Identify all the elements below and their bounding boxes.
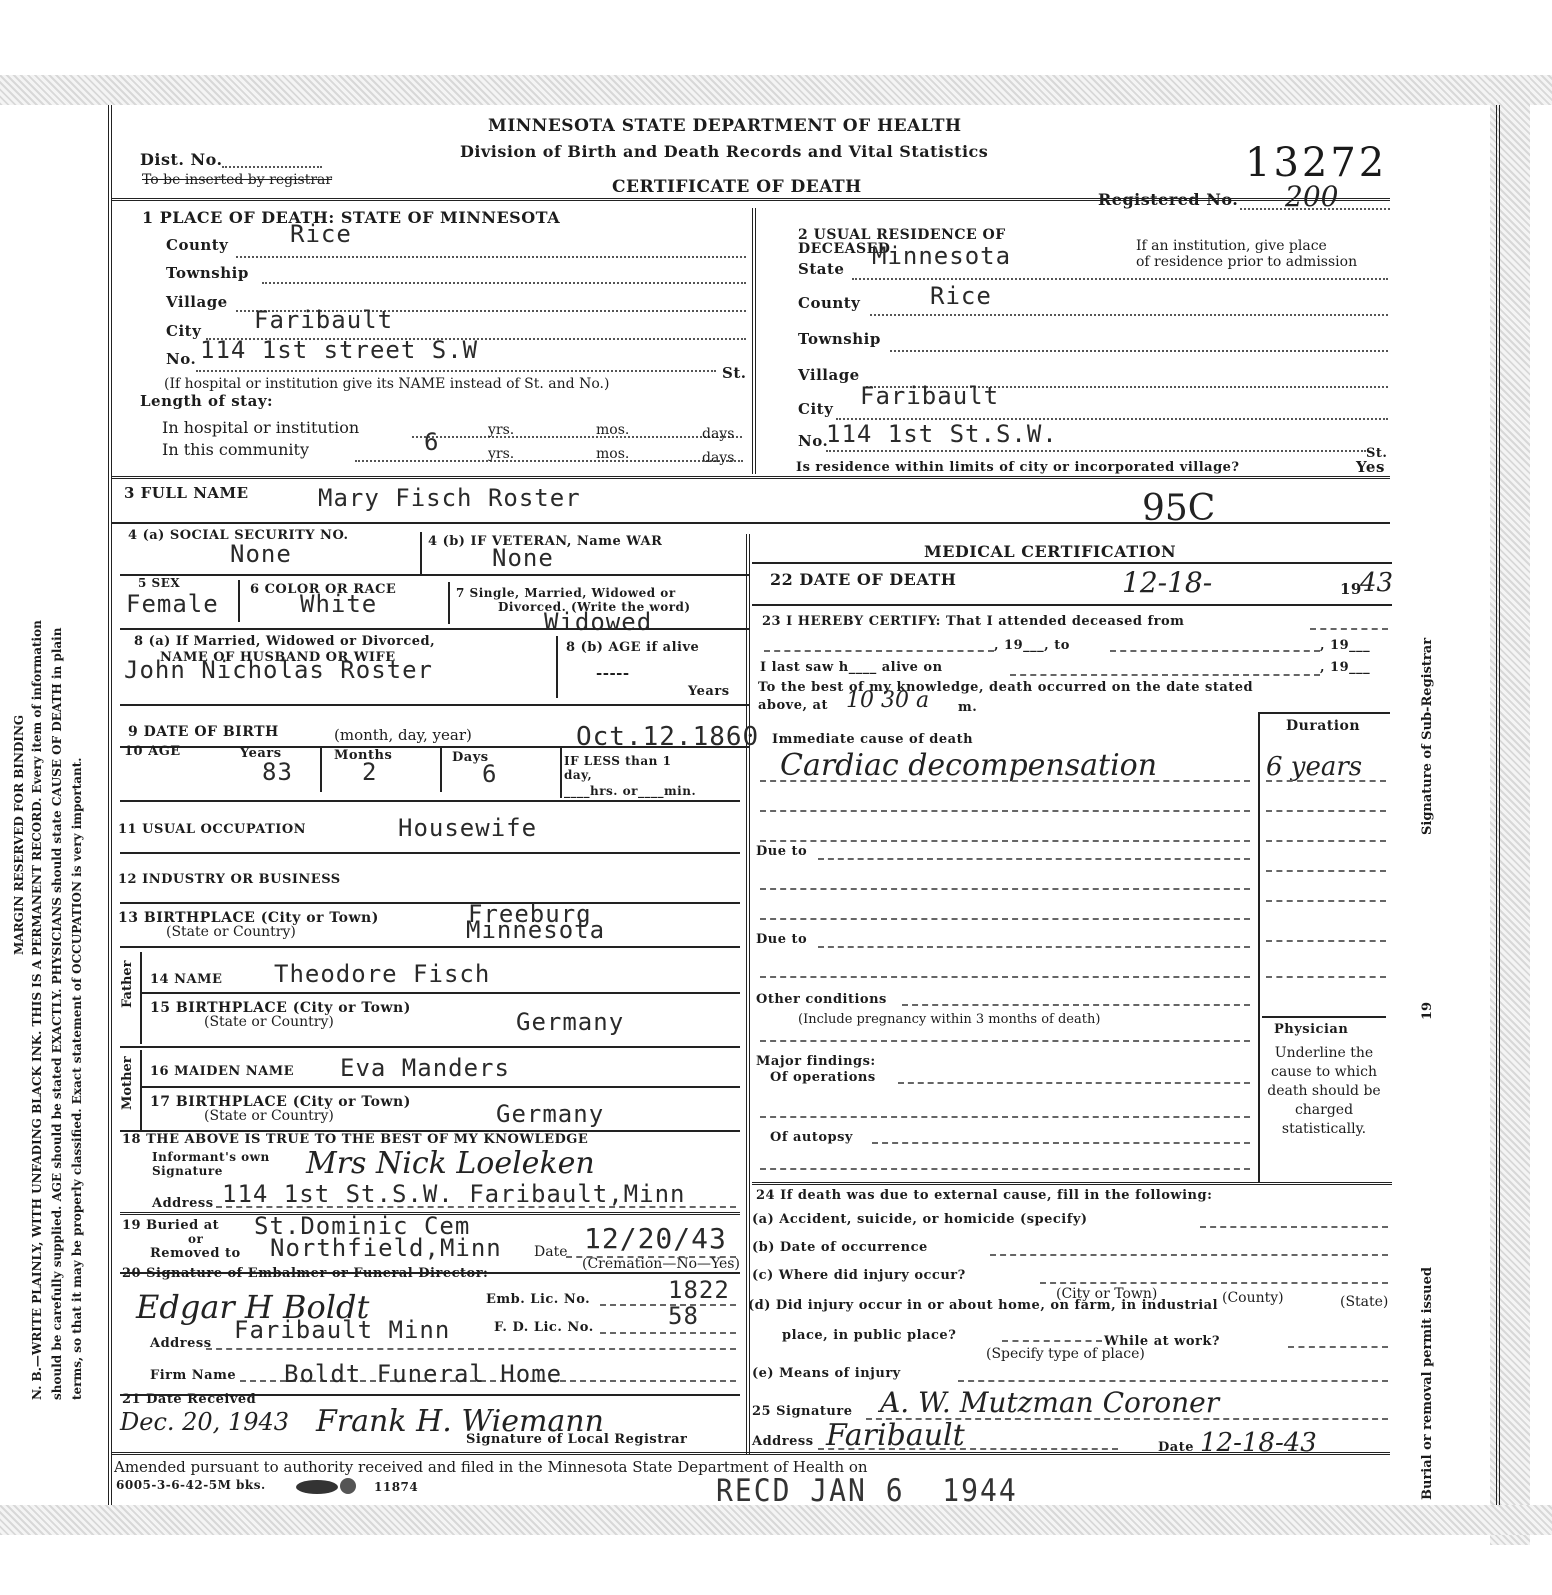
cause-line-1 — [760, 780, 1250, 782]
scan-bottom-edge — [0, 1505, 1552, 1535]
hospital-stay-label: In hospital or institution — [162, 418, 359, 437]
res-no-line — [826, 450, 1366, 452]
pod-county-line — [236, 256, 746, 258]
community-yrs-label: yrs. — [488, 446, 514, 462]
occupation-divider — [120, 852, 740, 854]
age-months-divider — [440, 748, 442, 792]
certify-line-1: 23 I HEREBY CERTIFY: That I attended dec… — [762, 614, 1184, 629]
spouse-label-1: 8 (a) If Married, Widowed or Divorced, — [134, 634, 435, 649]
external-d-label-1: (d) Did injury occur in or about home, o… — [748, 1298, 1218, 1313]
sub-registrar-signature-label: Signature of Sub-Registrar — [1420, 638, 1435, 835]
duration-label: Duration — [1286, 718, 1360, 734]
header-divider — [112, 198, 1390, 201]
scan-top-edge — [0, 75, 1552, 105]
external-e-field[interactable] — [958, 1380, 1388, 1382]
full-name-value[interactable]: Mary Fisch Roster — [318, 484, 581, 512]
less-than-day-3[interactable]: ____hrs. or____min. — [564, 784, 696, 798]
duration-column-divider — [1258, 712, 1260, 1182]
occupation-value[interactable]: Housewife — [398, 814, 537, 842]
dod-divider — [752, 604, 1392, 606]
father-bracket — [140, 952, 142, 1044]
of-autopsy-label: Of autopsy — [770, 1130, 853, 1145]
res-state-value[interactable]: Minnesota — [872, 242, 1011, 270]
dob-hint: (month, day, year) — [334, 726, 472, 744]
res-state-line — [852, 278, 1388, 280]
registrar-label: Signature of Local Registrar — [466, 1432, 687, 1447]
pod-hospital-note: (If hospital or institution give its NAM… — [164, 376, 609, 392]
burial-permit-label: Burial or removal permit issued — [1420, 1267, 1435, 1500]
dod-year-prefix: 19 — [1340, 580, 1362, 598]
duration-top-line — [1260, 712, 1390, 714]
age-years-value[interactable]: 83 — [262, 758, 293, 786]
mother-name-divider — [140, 1086, 740, 1088]
industry-divider — [120, 902, 740, 904]
sex-divider — [238, 580, 240, 622]
ssn-row-divider — [120, 574, 750, 576]
less-than-day-2: day, — [564, 768, 592, 782]
medical-certification-heading: MEDICAL CERTIFICATION — [924, 542, 1176, 561]
dist-no-note: To be inserted by registrar — [142, 172, 332, 188]
veteran-value[interactable]: None — [492, 544, 554, 572]
external-b-label: (b) Date of occurrence — [752, 1240, 928, 1255]
mother-side-label: Mother — [120, 1056, 135, 1110]
due-to-label-1: Due to — [756, 844, 807, 859]
full-name-divider — [112, 522, 1390, 524]
length-of-stay-label: Length of stay: — [140, 392, 273, 410]
buried-label: 19 Buried at — [122, 1218, 219, 1233]
due-to-label-2: Due to — [756, 932, 807, 947]
community-stay-label: In this community — [162, 440, 309, 459]
cremation-note: (Cremation—No—Yes) — [582, 1256, 740, 1272]
duration-line-5[interactable] — [1266, 900, 1386, 902]
certify-line-2-end: , 19___ — [1320, 638, 1370, 653]
father-name-divider — [140, 992, 740, 994]
cause-line-3[interactable] — [760, 840, 1250, 842]
res-township-field[interactable] — [890, 350, 1388, 352]
external-d-place-field[interactable] — [1002, 1340, 1102, 1342]
registered-no-field — [1240, 208, 1390, 210]
physician-date-value[interactable]: 12-18-43 — [1200, 1428, 1317, 1458]
medical-heading-divider — [752, 562, 1392, 564]
hospital-stay-field[interactable] — [412, 436, 742, 438]
margin-year: 19 — [1420, 1002, 1435, 1020]
sex-row-divider — [120, 628, 750, 630]
res-city-label: City — [798, 400, 833, 418]
external-a-label: (a) Accident, suicide, or homicide (spec… — [752, 1212, 1088, 1227]
mother-name-label: 16 MAIDEN NAME — [150, 1064, 294, 1079]
duration-line-1 — [1266, 780, 1386, 782]
spouse-row-divider — [120, 704, 750, 706]
attended-from-field-2[interactable] — [764, 650, 994, 652]
due-to-line-5[interactable] — [760, 976, 1250, 978]
community-days-label: days — [702, 450, 734, 466]
informant-address-value[interactable]: 114 1st St.S.W. Faribault,Minn — [222, 1180, 685, 1208]
duration-line-2[interactable] — [1266, 810, 1386, 812]
left-right-column-divider — [746, 534, 750, 1454]
pod-city-value[interactable]: Faribault — [254, 306, 393, 334]
burial-date-label: Date — [534, 1244, 567, 1260]
res-village-label: Village — [798, 366, 860, 384]
res-limits-value[interactable]: Yes — [1356, 458, 1385, 476]
date-received-value[interactable]: Dec. 20, 1943 — [120, 1408, 289, 1436]
external-d-hint: (Specify type of place) — [986, 1346, 1145, 1362]
external-c-hint-county: (County) — [1222, 1290, 1284, 1306]
firm-value[interactable]: Boldt Funeral Home — [284, 1360, 562, 1388]
last-saw-field[interactable] — [1010, 674, 1320, 676]
dist-no-field[interactable] — [222, 166, 322, 168]
father-birthplace-label-2: (State or Country) — [204, 1014, 334, 1030]
major-findings-label: Major findings: — [756, 1054, 876, 1069]
emb-lic-value[interactable]: 1822 — [668, 1276, 730, 1304]
informant-signature-label-1: Informant's own — [152, 1150, 270, 1164]
race-divider — [448, 582, 450, 624]
birthplace-divider — [120, 946, 740, 948]
removed-label: Removed to — [150, 1246, 241, 1261]
duration-line-3[interactable] — [1266, 840, 1386, 842]
section-1-2-divider — [752, 208, 756, 474]
due-to-line-1[interactable] — [818, 858, 1250, 860]
res-city-value[interactable]: Faribault — [860, 382, 999, 410]
spouse-divider — [556, 636, 558, 698]
birthplace-state-value[interactable]: Minnesota — [466, 916, 605, 944]
birthplace-label-2: (State or Country) — [166, 924, 296, 940]
institution-note-2: of residence prior to admission — [1136, 254, 1357, 270]
pod-street-value[interactable]: 114 1st street S.W — [200, 336, 478, 364]
external-cause-heading: 24 If death was due to external cause, f… — [756, 1188, 1212, 1203]
date-received-label: 21 Date Received — [122, 1392, 256, 1407]
dod-value[interactable]: 12-18- — [1122, 566, 1212, 599]
medical-external-divider — [752, 1182, 1392, 1185]
res-county-value[interactable]: Rice — [930, 282, 992, 310]
res-no-label: No. — [798, 432, 828, 450]
mother-birthplace-label-2: (State or Country) — [204, 1108, 334, 1124]
physician-address-label: Address — [752, 1434, 814, 1449]
pod-county-value[interactable]: Rice — [290, 220, 352, 248]
other-conditions-field[interactable] — [902, 1004, 1250, 1006]
physician-signature-label: 25 Signature — [752, 1404, 853, 1419]
age-divider — [120, 800, 740, 802]
immediate-cause-value[interactable]: Cardiac decompensation — [780, 748, 1157, 783]
dist-no-label: Dist. No. — [140, 150, 223, 169]
pod-township-label: Township — [166, 264, 249, 282]
age-years-divider — [320, 748, 322, 792]
best-knowledge-label: To the best of my knowledge, death occur… — [758, 680, 1253, 695]
pod-no-line — [196, 370, 716, 372]
mother-bracket — [140, 1050, 142, 1130]
father-name-value[interactable]: Theodore Fisch — [274, 960, 490, 988]
of-autopsy-field[interactable] — [872, 1142, 1250, 1144]
spouse-years-label: Years — [688, 684, 730, 699]
res-state-label: State — [798, 260, 844, 278]
physician-date-label: Date — [1158, 1440, 1194, 1455]
or-label: or — [188, 1232, 203, 1246]
funeral-heading: 20 Signature of Embalmer or Funeral Dire… — [122, 1266, 488, 1281]
dod-label: 22 DATE OF DEATH — [770, 570, 956, 589]
burial-date-value[interactable]: 12/20/43 — [584, 1222, 727, 1255]
funeral-address-label: Address — [150, 1336, 212, 1351]
physician-note: Underline the cause to which death shoul… — [1262, 1044, 1386, 1139]
duration-line-6[interactable] — [1266, 940, 1386, 942]
duration-value[interactable]: 6 years — [1266, 752, 1362, 782]
duration-separator — [1262, 1016, 1386, 1018]
external-b-field[interactable] — [990, 1254, 1388, 1256]
cause-line-2[interactable] — [760, 810, 1250, 812]
above-at-label: above, at — [758, 698, 828, 713]
less-than-day-1: IF LESS than 1 — [564, 754, 671, 768]
time-suffix: m. — [958, 700, 977, 715]
pod-township-field[interactable] — [262, 282, 746, 284]
margin-binding-note: MARGIN RESERVED FOR BINDING — [12, 715, 26, 955]
hospital-days-label: days — [702, 426, 734, 442]
pod-village-label: Village — [166, 293, 228, 311]
industry-label: 12 INDUSTRY OR BUSINESS — [118, 872, 341, 887]
hospital-mos-label: mos. — [596, 422, 629, 438]
sex-value[interactable]: Female — [126, 590, 219, 618]
time-of-death-value[interactable]: 10 30 a — [846, 688, 929, 713]
pod-no-label: No. — [166, 350, 196, 368]
other-conditions-label: Other conditions — [756, 992, 887, 1007]
age-days-divider — [560, 748, 562, 798]
res-street-value[interactable]: 114 1st St.S.W. — [826, 420, 1058, 448]
age-months-value[interactable]: 2 — [362, 758, 377, 786]
sex-label: 5 SEX — [138, 576, 180, 590]
father-side-label: Father — [120, 960, 135, 1008]
fd-lic-label: F. D. Lic. No. — [494, 1320, 594, 1335]
marital-value[interactable]: Widowed — [544, 608, 652, 636]
age-label: 10 AGE — [124, 744, 181, 759]
pod-county-label: County — [166, 236, 228, 254]
other-conditions-line-2[interactable] — [760, 1040, 1250, 1042]
certificate-title: CERTIFICATE OF DEATH — [612, 177, 862, 197]
informant-signature[interactable]: Mrs Nick Loeleken — [306, 1146, 595, 1181]
physician-label: Physician — [1274, 1022, 1348, 1037]
other-conditions-note: (Include pregnancy within 3 months of de… — [798, 1012, 1100, 1027]
burial-place-2[interactable]: Northfield,Minn — [270, 1234, 502, 1262]
of-operations-field[interactable] — [898, 1082, 1250, 1084]
father-birthplace-value[interactable]: Germany — [516, 1008, 624, 1036]
hospital-yrs-label: yrs. — [488, 422, 514, 438]
of-operations-label: Of operations — [770, 1070, 876, 1085]
fd-lic-line — [600, 1332, 736, 1334]
father-divider — [120, 1046, 740, 1048]
union-label-icon — [296, 1480, 338, 1494]
duration-line-4[interactable] — [1266, 870, 1386, 872]
due-to-line-4[interactable] — [818, 946, 1250, 948]
certify-line-2: , 19___, to — [994, 638, 1070, 653]
community-stay-line — [355, 460, 743, 462]
ssn-value[interactable]: None — [230, 540, 292, 568]
informant-heading: 18 THE ABOVE IS TRUE TO THE BEST OF MY K… — [122, 1132, 588, 1147]
res-county-label: County — [798, 294, 860, 312]
pod-st-label: St. — [722, 364, 746, 382]
margin-instructions-3: terms, so that it may be properly classi… — [70, 758, 84, 1400]
margin-instructions-2: should be carefully supplied. AGE should… — [50, 628, 64, 1400]
dob-label: 9 DATE OF BIRTH — [128, 724, 279, 740]
race-value[interactable]: White — [300, 590, 377, 618]
external-c-label: (c) Where did injury occur? — [752, 1268, 966, 1283]
spouse-age-label: 8 (b) AGE if alive — [566, 640, 699, 655]
full-name-label: 3 FULL NAME — [124, 484, 249, 502]
attended-to-field[interactable] — [1110, 650, 1320, 652]
external-a-field[interactable] — [1200, 1226, 1388, 1228]
last-saw-label: I last saw h____ alive on — [760, 660, 943, 675]
external-c-hint-state: (State) — [1340, 1294, 1388, 1310]
last-saw-end: , 19___ — [1320, 660, 1370, 675]
registrar-divider — [112, 1452, 1390, 1455]
dob-divider — [120, 746, 750, 748]
institution-note-1: If an institution, give place — [1136, 238, 1327, 254]
spouse-age-value[interactable]: ----- — [596, 664, 630, 682]
attended-from-field[interactable] — [1310, 628, 1388, 630]
external-c-field[interactable] — [1040, 1282, 1388, 1284]
funeral-address-line — [206, 1348, 736, 1350]
external-e-label: (e) Means of injury — [752, 1366, 901, 1381]
father-name-label: 14 NAME — [150, 972, 222, 987]
informant-address-label: Address — [152, 1196, 214, 1211]
res-county-line — [870, 314, 1388, 316]
age-days-value[interactable]: 6 — [482, 760, 497, 788]
pod-city-label: City — [166, 322, 201, 340]
physician-signature-value[interactable]: A. W. Mutzman Coroner — [880, 1386, 1219, 1419]
due-to-line-3[interactable] — [760, 918, 1250, 920]
print-number: 11874 — [374, 1480, 418, 1494]
received-stamp: RECD JAN 6 1944 — [716, 1472, 1018, 1508]
community-years-value[interactable]: 6 — [424, 428, 439, 456]
autopsy-line-2[interactable] — [760, 1168, 1250, 1170]
mother-name-value[interactable]: Eva Manders — [340, 1054, 510, 1082]
res-limits-label: Is residence within limits of city or in… — [796, 460, 1240, 475]
due-to-line-2[interactable] — [760, 888, 1250, 890]
fd-lic-value[interactable]: 58 — [668, 1302, 699, 1330]
margin-instructions-1: N. B.—WRITE PLAINLY, WITH UNFADING BLACK… — [30, 620, 44, 1400]
section-3-top-divider — [112, 476, 1390, 479]
res-township-label: Township — [798, 330, 881, 348]
informant-signature-label-2: Signature — [152, 1164, 223, 1178]
marital-label-1: 7 Single, Married, Widowed or — [456, 586, 676, 600]
emb-lic-label: Emb. Lic. No. — [486, 1292, 590, 1307]
community-mos-label: mos. — [596, 446, 629, 462]
physician-address-value[interactable]: Faribault — [826, 1418, 965, 1453]
department-title: MINNESOTA STATE DEPARTMENT OF HEALTH — [488, 116, 962, 136]
dod-year[interactable]: 43 — [1360, 568, 1393, 598]
mother-birthplace-value[interactable]: Germany — [496, 1100, 604, 1128]
external-d-label-2: place, in public place? — [782, 1328, 956, 1343]
spouse-value[interactable]: John Nicholas Roster — [124, 656, 433, 684]
duration-line-7[interactable] — [1266, 976, 1386, 978]
funeral-address-value[interactable]: Faribault Minn — [234, 1316, 450, 1344]
operations-line-2[interactable] — [760, 1116, 1250, 1118]
firm-label: Firm Name — [150, 1368, 236, 1383]
immediate-cause-label: Immediate cause of death — [772, 732, 973, 747]
union-seal-icon — [340, 1478, 356, 1494]
form-code: 6005-3-6-42-5M bks. — [116, 1478, 266, 1492]
occupation-label: 11 USUAL OCCUPATION — [118, 822, 306, 837]
division-title: Division of Birth and Death Records and … — [460, 142, 988, 161]
external-d-work-field[interactable] — [1288, 1346, 1388, 1348]
ssn-divider — [420, 532, 422, 574]
